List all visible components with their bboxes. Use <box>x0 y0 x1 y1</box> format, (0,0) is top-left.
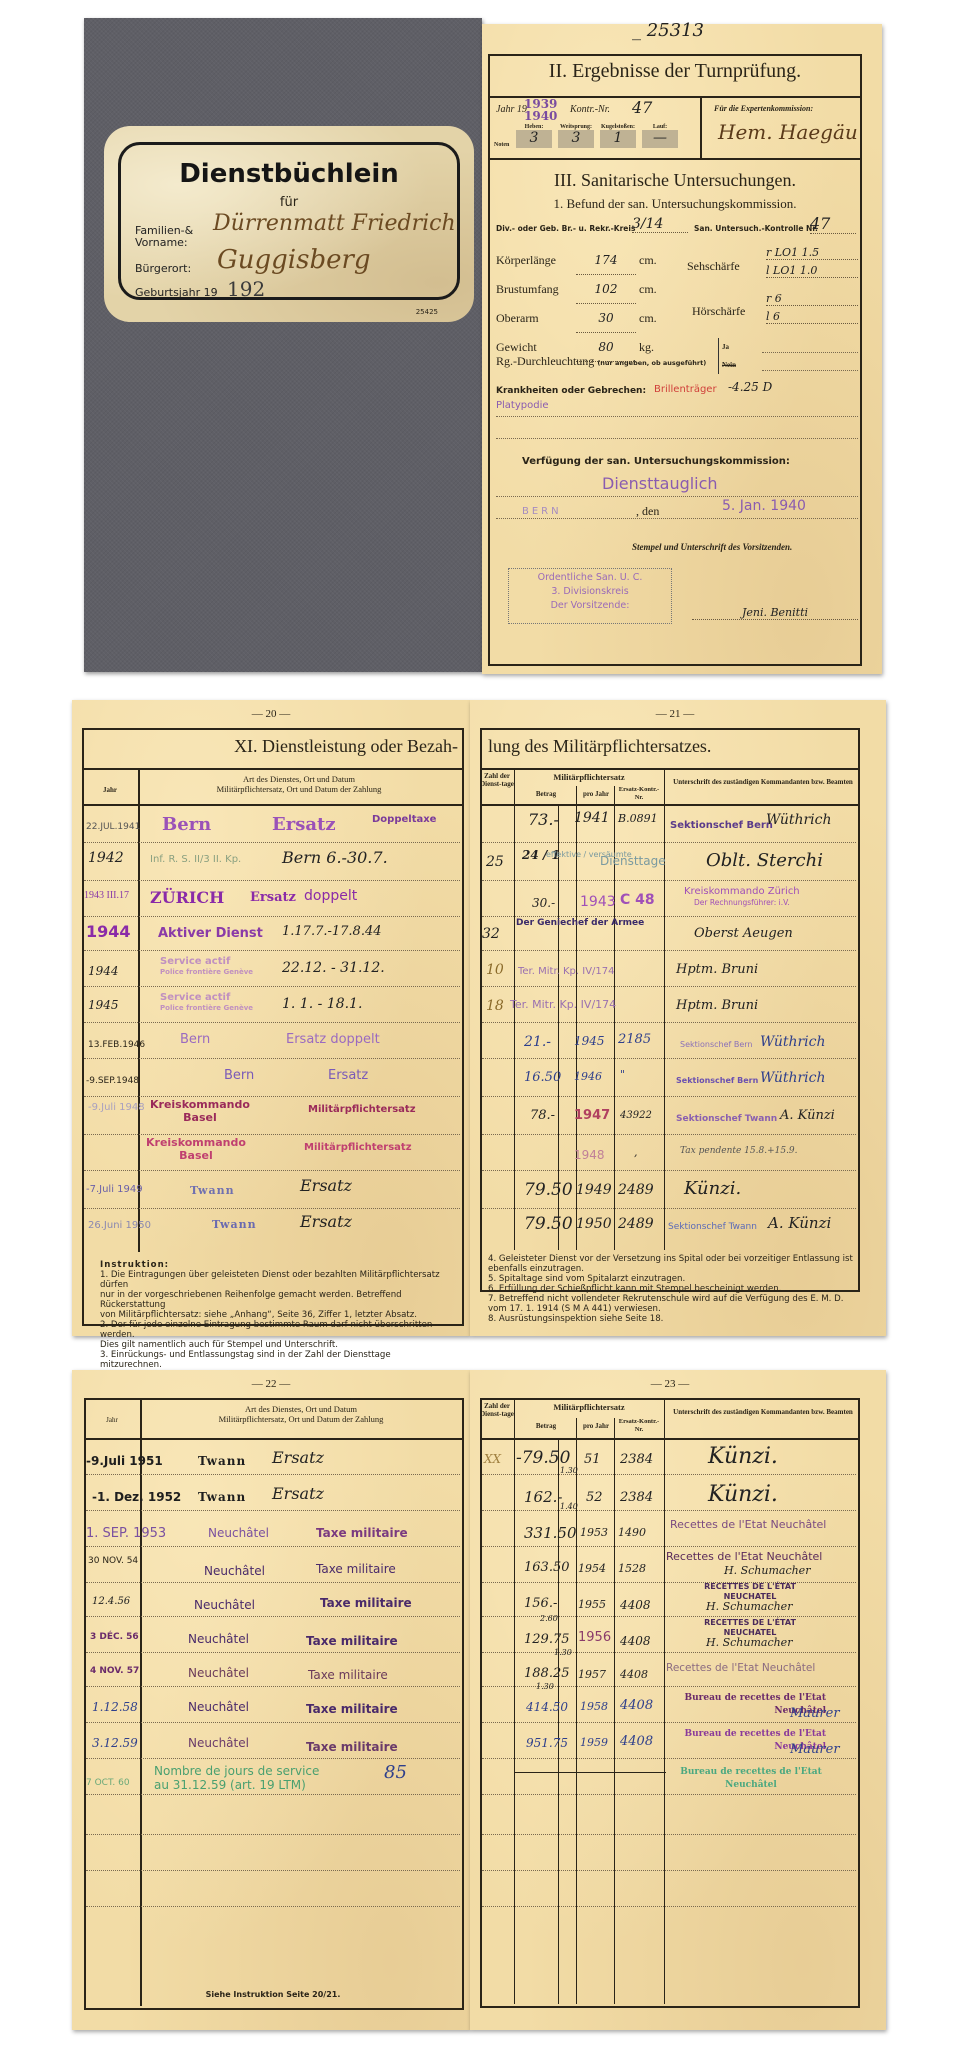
san-value: 47 <box>810 214 856 234</box>
row-jahr: -9.Juli 1948 <box>88 1102 145 1113</box>
row-kontr: " <box>620 1068 625 1081</box>
row-tage: 32 <box>482 926 500 942</box>
col-sig: Unterschrift des zuständigen Kommandante… <box>670 778 856 787</box>
row-c2: Militärpflichtersatz <box>308 1104 416 1115</box>
col-jahr: pro Jahr <box>578 790 614 798</box>
score-lauf: Lauf:— <box>642 124 678 148</box>
row-c2: Ersatz <box>300 1176 352 1195</box>
row-sig: RECETTES DE L'ÉTAT NEUCHATEL <box>690 1582 810 1602</box>
row-c2: Bern 6.-30.7. <box>282 848 388 867</box>
row-c1: Twann <box>190 1184 235 1197</box>
row-sig-hand: A. Künzi <box>780 1108 835 1123</box>
row-jahr: 1953 <box>580 1526 608 1539</box>
row-sig-hand: A. Künzi <box>768 1214 831 1232</box>
col-sig: Unterschrift des zuständigen Kommandante… <box>670 1408 856 1417</box>
col-art: Art des Dienstes, Ort und DatumMilitärpf… <box>142 1404 460 1424</box>
row-kontr: 4408 <box>620 1598 651 1612</box>
row-jahr: 1944 <box>88 964 119 978</box>
jahr-label: Jahr 19 <box>496 104 527 115</box>
row-jahr: 13.FEB.1946 <box>88 1040 145 1050</box>
cover-label: Dienstbüchlein für Familien-&Vorname: Dü… <box>104 126 474 322</box>
row-jahr: 1941 <box>574 810 610 826</box>
row-c1: Bern <box>162 814 211 835</box>
row-jahr: 1. SEP. 1953 <box>86 1526 166 1541</box>
row-sig-hand: Künzi. <box>708 1482 778 1507</box>
row-kontr: 2185 <box>618 1032 651 1047</box>
page-medical: _ 25313 II. Ergebnisse der Turnprüfung. … <box>482 24 882 674</box>
den: , den <box>636 504 659 519</box>
cover-fur: für <box>121 195 457 210</box>
col-tage: Zahl der Dienst-tage <box>480 1402 514 1418</box>
row-sub: 1.30 <box>536 1682 554 1691</box>
row-jahr: 1950 <box>576 1216 612 1232</box>
row-kontr: B.0891 <box>618 812 658 825</box>
row-jahr: 1959 <box>580 1736 608 1749</box>
row-c2: Taxe militaire <box>316 1526 408 1540</box>
row-jahr: -9.Juli 1951 <box>86 1454 163 1468</box>
row-jahr: -9.SEP.1948 <box>86 1076 139 1086</box>
measurements: Körperlänge174 cm. Brustumfang102 cm. Ob… <box>496 246 657 362</box>
col-art: Art des Dienstes, Ort und DatumMilitärpf… <box>138 774 460 794</box>
row-jahr: 7 OCT. 60 <box>86 1778 130 1788</box>
row-c1: Neuchâtel <box>204 1564 265 1578</box>
col-jahr: pro Jahr <box>578 1422 614 1430</box>
measure-brustumfang: Brustumfang102 cm. <box>496 275 657 304</box>
row-jahr: 3.12.59 <box>92 1736 138 1750</box>
row-kontr: 43922 <box>620 1110 652 1121</box>
row-kontr: C 48 <box>620 892 655 908</box>
row-c3: Doppeltaxe <box>372 814 436 825</box>
row-kontr: 2489 <box>618 1216 654 1232</box>
verfuegung-value: Diensttauglich <box>602 474 718 493</box>
row-sig-hand: Tax pendente 15.8.+15.9. <box>680 1146 798 1156</box>
row-jahr: 1944 <box>86 922 131 941</box>
birth-label: Geburtsjahr 19 <box>135 287 218 299</box>
row-jahr: 1948 <box>574 1148 605 1162</box>
row-jahr: 1956 <box>578 1630 611 1645</box>
row-c2: Ersatz <box>328 1068 368 1083</box>
row-c2: Ersatz <box>272 1484 324 1503</box>
row-jahr: 1954 <box>578 1562 606 1575</box>
row-c1: Neuchâtel <box>208 1526 269 1540</box>
row-sub: 1.30 <box>560 1466 578 1475</box>
page-22: — 22 — Jahr Art des Dienstes, Ort und Da… <box>72 1370 470 2030</box>
row-betrag: 73.- <box>528 810 559 829</box>
place: BERN <box>522 506 562 517</box>
hoerschaerfe-label: Hörschärfe <box>692 304 745 319</box>
col-kontr: Ersatz-Kontr.-Nr. <box>616 786 662 802</box>
row-kontr: 2384 <box>620 1452 653 1467</box>
cover-title: Dienstbüchlein <box>121 159 457 189</box>
row-sig-hand: Maurer <box>790 1706 840 1721</box>
row-c2: Taxe militaire <box>320 1596 412 1610</box>
origin-label: Bürgerort: <box>135 263 191 275</box>
row-betrag: Ter. Mitr. Kp. IV/174 <box>510 998 616 1011</box>
birth-value: 192 <box>227 277 265 301</box>
score-weitsprung: Weitsprung:3 <box>558 124 594 148</box>
row-jahr: 12.4.56 <box>92 1596 130 1607</box>
print-number: 25425 <box>416 308 438 316</box>
row-jahr: 4 NOV. 57 <box>90 1666 139 1676</box>
row-c1: Neuchâtel <box>188 1632 249 1646</box>
row-jahr: 22.JUL.1941 <box>86 822 140 832</box>
name-value: Dürrenmatt Friedrich <box>213 211 456 236</box>
krank-value: Brillenträger <box>654 384 717 395</box>
krank-label: Krankheiten oder Gebrechen: <box>496 386 646 396</box>
row-jahr: 1946 <box>574 1070 602 1083</box>
row-c1: Neuchâtel <box>188 1666 249 1680</box>
verfuegung-label: Verfügung der san. Untersuchungskommissi… <box>522 456 790 467</box>
col-mpe: Militärpflichtersatz <box>516 772 662 782</box>
row-c2: 1.17.7.-17.8.44 <box>282 924 382 939</box>
col-mpe: Militärpflichtersatz <box>516 1402 662 1412</box>
noten-label: Noten <box>494 142 509 148</box>
section2-title: II. Ergebnisse der Turnprüfung. <box>490 60 860 83</box>
row-c1: Neuchâtel <box>188 1736 249 1750</box>
row-c1: Bern <box>224 1068 254 1083</box>
row-sub: 2.60 <box>540 1614 558 1623</box>
row-c2: Ersatz <box>272 1448 324 1467</box>
row-sig: Sektionschef Twann <box>676 1114 777 1124</box>
row-sig: Bureau de recettes de l'Etat Neuchâtel <box>676 1766 826 1792</box>
row-jahr: 1943 <box>580 894 616 910</box>
page-20: — 20 — XI. Dienstleistung oder Bezah- Ja… <box>72 700 470 1336</box>
expert-signature: Hem. Haegäu <box>718 120 858 144</box>
footer-note: Siehe Instruktion Seite 20/21. <box>86 1990 460 1999</box>
row-sig-hand: Künzi. <box>708 1444 778 1469</box>
row-c1: Nombre de jours de serviceau 31.12.59 (a… <box>154 1764 319 1792</box>
row-c2: Ersatz <box>272 814 336 835</box>
name-label: Familien-&Vorname: <box>135 225 193 249</box>
row-sig: Sektionschef Bern <box>670 820 773 831</box>
row-betrag: 16.50 <box>524 1070 561 1085</box>
row-jahr: -1. Dez. 1952 <box>92 1490 181 1504</box>
row-sig: RECETTES DE L'ÉTAT NEUCHATEL <box>690 1618 810 1638</box>
row-jahr: 1945 <box>88 998 119 1012</box>
measure-koerperlaenge: Körperlänge174 cm. <box>496 246 657 275</box>
row-sig: Recettes de l'Etat Neuchâtel <box>670 1518 826 1531</box>
row-jahr: 1955 <box>578 1598 606 1611</box>
row-c1: Aktiver Dienst <box>158 926 263 941</box>
col-betrag: Betrag <box>516 790 576 798</box>
row-betrag: Ter. Mitr. Kp. IV/174 <box>518 966 615 977</box>
booklet-cover: Dienstbüchlein für Familien-&Vorname: Dü… <box>84 18 482 672</box>
row-sig-hand: Hptm. Bruni <box>676 998 758 1013</box>
row-tage: 25 <box>486 854 504 870</box>
rg-options: JaNein <box>718 338 736 374</box>
measure-oberarm: Oberarm30 cm. <box>496 304 657 333</box>
row-betrag: 79.50 <box>524 1180 573 1200</box>
row-sig-hand: H. Schumacher <box>706 1600 792 1613</box>
row-c2: Taxe militaire <box>306 1702 398 1716</box>
rg-label: Rg.-Durchleuchtung (nur angeben, ob ausg… <box>496 354 706 369</box>
stempel-label: Stempel und Unterschrift des Vorsitzende… <box>632 542 792 552</box>
row-c1: Twann <box>212 1218 257 1231</box>
row-sig: Kreiskommando ZürichDer Rechnungsführer:… <box>684 886 800 908</box>
page-21: — 21 — lung des Militärpflichtersatzes. … <box>470 700 886 1336</box>
row-betrag: 951.75 <box>526 1736 568 1750</box>
row-c1: Twann <box>198 1490 246 1504</box>
row-betrag: -79.50 <box>516 1448 570 1468</box>
row-sig: Sektionschef Bern <box>680 1040 753 1049</box>
row-jahr: 1949 <box>576 1182 612 1198</box>
div-value: 3/14 <box>632 216 688 233</box>
row-kontr: 2489 <box>618 1182 654 1198</box>
col-kontr: Ersatz-Kontr.-Nr. <box>616 1418 662 1434</box>
row-jahr: -7.Juli 1949 <box>86 1184 143 1195</box>
row-kontr: 4408 <box>620 1668 648 1681</box>
row-c1: KreiskommandoBasel <box>146 1136 246 1162</box>
row-sig-hand: Wüthrich <box>766 812 832 828</box>
row-betrag: 414.50 <box>526 1700 568 1714</box>
row-sig-hand: Hptm. Bruni <box>676 962 758 977</box>
row-kontr: 4408 <box>620 1734 653 1749</box>
row-sig: Sektionschef Twann <box>668 1222 757 1232</box>
sehschaerfe-r: r LO1 1.5 <box>766 246 858 260</box>
section3-title: III. Sanitarische Untersuchungen. <box>490 170 860 191</box>
jahr-stamp: 19391940 <box>524 98 557 122</box>
row-c1: Inf. R. S. II/3 II. Kp. <box>150 854 241 865</box>
row-jahr: 1945 <box>574 1034 605 1048</box>
top-scrawl: _ 25313 <box>632 20 704 41</box>
div-label: Div.- oder Geb. Br.- u. Rekr.-Kreis <box>496 224 635 233</box>
row-tage: 10 <box>486 962 504 978</box>
hoerschaerfe-r: r 6 <box>766 292 858 306</box>
origin-value: Guggisberg <box>217 245 371 275</box>
row-jahr: 1.12.58 <box>92 1700 138 1714</box>
row-kontr: 1490 <box>618 1526 646 1539</box>
row-sig-hand: Oberst Aeugen <box>694 926 793 941</box>
row-c1: ZÜRICH <box>150 888 224 907</box>
row-sig-hand: Wüthrich <box>760 1034 826 1050</box>
row-jahr: 30 NOV. 54 <box>88 1556 138 1566</box>
row-betrag: 163.50 <box>524 1560 570 1575</box>
row-jahr: 1957 <box>578 1668 606 1681</box>
kontr-label: Kontr.-Nr. <box>570 104 610 115</box>
row-c2: Ersatz doppelt <box>286 1032 380 1047</box>
row-sig: Recettes de l'Etat Neuchâtel <box>666 1662 815 1674</box>
krank-hand: -4.25 D <box>728 380 772 394</box>
row-sig-hand: H. Schumacher <box>724 1564 810 1577</box>
row-c1: Neuchâtel <box>194 1598 255 1612</box>
row-jahr: 1947 <box>574 1108 610 1123</box>
row-sig: Sektionschef Bern <box>676 1076 758 1085</box>
row-jahr: 52 <box>586 1490 603 1505</box>
row-sig: Recettes de l'Etat Neuchâtel <box>666 1550 822 1563</box>
row-c1: Service actifPolice frontière Genève <box>160 992 253 1014</box>
row-betrag: 30.- <box>532 896 555 910</box>
row-c1: Service actifPolice frontière Genève <box>160 956 253 978</box>
row-betrag: 331.50 <box>524 1524 577 1542</box>
row-tage: XX <box>484 1452 501 1466</box>
chair-signature: Jeni. Benitti <box>692 606 858 620</box>
row-c2: Ersatz <box>300 1212 352 1231</box>
row-c2: 1. 1. - 18.1. <box>282 996 362 1012</box>
row-c1: Twann <box>198 1454 246 1468</box>
instructions: 4. Geleisteter Dienst vor der Versetzung… <box>488 1254 858 1324</box>
score-kugelstossen: Kugelstoßen:1 <box>600 124 636 148</box>
page20-title: XI. Dienstleistung oder Bezah- <box>132 736 458 757</box>
row-betrag: 156.- <box>524 1596 557 1611</box>
row-kontr: 4408 <box>620 1634 651 1648</box>
row-sig-hand: Wüthrich <box>760 1070 826 1086</box>
row-jahr: 1942 <box>88 850 124 866</box>
row-c2: Taxe militaire <box>306 1634 398 1648</box>
score-heben: Heben:3 <box>516 124 552 148</box>
row-kontr: 2384 <box>620 1490 653 1505</box>
scores-row: Heben:3 Weitsprung:3 Kugelstoßen:1 Lauf:… <box>516 124 678 148</box>
col-jahr: Jahr <box>84 786 136 794</box>
instructions: Instruktion: 1. Die Eintragungen über ge… <box>100 1260 454 1370</box>
row-c2: 22.12. - 31.12. <box>282 960 385 976</box>
page21-title: lung des Militärpflichtersatzes. <box>488 736 711 757</box>
row-c3: doppelt <box>304 888 357 904</box>
row-c2: Taxe militaire <box>306 1740 398 1754</box>
row-betrag: 78.- <box>530 1108 555 1123</box>
row-kontr: , <box>634 1146 638 1159</box>
page-number: — 22 — <box>72 1378 470 1390</box>
expert-label: Für die Expertenkommission: <box>714 104 813 113</box>
row-c1: Neuchâtel <box>188 1700 249 1714</box>
row-sig-hand: Oblt. Sterchi <box>706 850 823 871</box>
stamp-box: Ordentliche San. U. C.3. DivisionskreisD… <box>508 568 672 624</box>
sehschaerfe-l: l LO1 1.0 <box>766 264 858 278</box>
row-jahr: 1943 III.17 <box>84 890 129 901</box>
row-jahr: 1958 <box>580 1700 608 1713</box>
row-c2: Ersatz <box>250 890 296 905</box>
row-c2: Militärpflichtersatz <box>304 1142 412 1153</box>
row-c1: KreiskommandoBasel <box>150 1098 250 1124</box>
hoerschaerfe-l: l 6 <box>766 310 858 324</box>
date: 5. Jan. 1940 <box>722 498 806 514</box>
row-sig-hand: Künzi. <box>684 1178 741 1199</box>
kontr-value: 47 <box>632 98 652 117</box>
row-kontr: 1528 <box>618 1562 646 1575</box>
row-betrag: 79.50 <box>524 1214 573 1234</box>
sehschaerfe-label: Sehschärfe <box>687 259 740 274</box>
row-betrag: 21.- <box>524 1034 551 1050</box>
row-betrag: Der Geniechef der Armee <box>516 918 644 928</box>
subsection1: 1. Befund der san. Untersuchungskommissi… <box>490 196 860 212</box>
row-betrag: 188.25 <box>524 1666 570 1681</box>
page-number: — 23 — <box>470 1378 870 1390</box>
row-sig-hand: Maurer <box>790 1742 840 1757</box>
san-label: San. Untersuch.-Kontrolle Nr. <box>694 224 818 233</box>
row-c1: Bern <box>180 1032 210 1047</box>
row-betrag: 162.- <box>524 1488 562 1506</box>
row-betrag: 129.75 <box>524 1632 570 1647</box>
col-tage: Zahl der Dienst-tage <box>480 772 514 788</box>
row-jahr: 3 DÉC. 56 <box>90 1632 139 1642</box>
row-jahr: 26.Juni 1950 <box>88 1220 151 1231</box>
row-c2: Taxe militaire <box>316 1562 396 1576</box>
row-sub: 1.40 <box>560 1502 578 1511</box>
krank-value2: Platypodie <box>496 400 549 411</box>
col-betrag: Betrag <box>516 1422 576 1430</box>
page-number: — 20 — <box>72 708 470 720</box>
row-sub: 1.30 <box>554 1648 572 1657</box>
row-c3: 85 <box>384 1762 407 1783</box>
col-jahr: Jahr <box>86 1416 138 1424</box>
row-jahr: 51 <box>584 1452 601 1467</box>
page-number: — 21 — <box>470 708 880 720</box>
row-kontr: 4408 <box>620 1698 653 1713</box>
page-23: — 23 — Zahl der Dienst-tage Militärpflic… <box>470 1370 886 2030</box>
row-kontr: Diensttage <box>600 854 666 868</box>
row-c2: Taxe militaire <box>308 1668 388 1682</box>
row-sig-hand: H. Schumacher <box>706 1636 792 1649</box>
row-tage: 18 <box>486 998 504 1014</box>
